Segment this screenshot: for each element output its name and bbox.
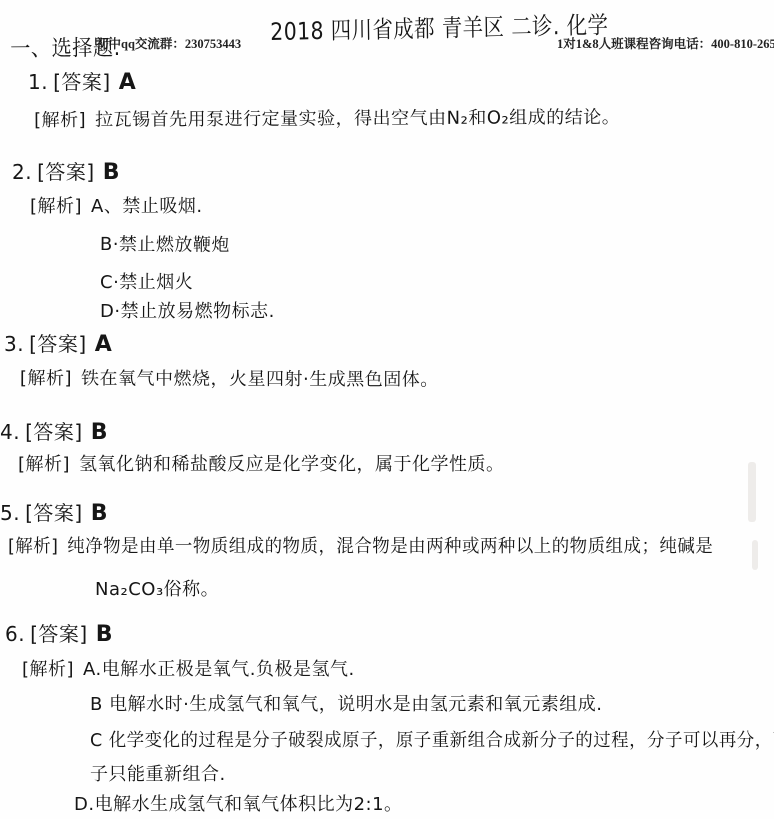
question-1-analysis-line: [解析]拉瓦锡首先用泵进行定量实验，得出空气由N₂和O₂组成的结论。 xyxy=(34,103,620,132)
answer-value: B xyxy=(103,160,120,185)
question-5-answer-line: 5.[答案]B xyxy=(0,497,108,526)
analysis-text: B·禁止燃放鞭炮 xyxy=(100,234,230,256)
analysis-text: 纯净物是由单一物质组成的物质，混合物是由两种或两种以上的物质组成；纯碱是 xyxy=(67,536,713,557)
question-3-analysis-line: [解析]铁在氧气中燃烧，火星四射·生成黑色固体。 xyxy=(20,364,439,391)
question-6-answer-line: 6.[答案]B xyxy=(5,618,113,647)
answer-value: B xyxy=(91,420,108,445)
question-1-answer-line: 1.[答案]A xyxy=(28,66,136,95)
answer-label: [答案] xyxy=(29,332,87,356)
question-6-analysis-line: 子只能重新组合. xyxy=(90,760,226,786)
question-4-answer-line: 4.[答案]B xyxy=(0,416,108,445)
section-heading: 一、选择题. xyxy=(10,31,121,63)
analysis-text: D·禁止放易燃物标志. xyxy=(100,301,275,322)
question-6-analysis-line: C 化学变化的过程是分子破裂成原子，原子重新组合成新分子的过程，分子可以再分，而… xyxy=(90,726,774,752)
answer-label: [答案] xyxy=(53,70,111,94)
answer-value: B xyxy=(96,622,113,647)
question-6-analysis-line: [解析]A.电解水正极是氧气.负极是氢气. xyxy=(22,655,355,681)
question-2-answer-line: 2.[答案]B xyxy=(12,156,120,185)
question-6-analysis-line: D.电解水生成氢气和氧气体积比为2:1。 xyxy=(74,790,403,816)
analysis-text: C 化学变化的过程是分子破裂成原子，原子重新组合成新分子的过程，分子可以再分，而… xyxy=(90,730,774,751)
analysis-text: B 电解水时·生成氢气和氧气，说明水是由氢元素和氧元素组成. xyxy=(90,694,603,715)
analysis-text: 铁在氧气中燃烧，火星四射·生成黑色固体。 xyxy=(81,368,439,390)
answer-value: A xyxy=(95,332,113,357)
answer-value: B xyxy=(91,501,108,526)
question-number: 1. xyxy=(28,70,48,94)
analysis-label: [解析] xyxy=(18,454,70,475)
scan-artifact xyxy=(748,462,756,522)
analysis-label: [解析] xyxy=(8,536,58,557)
question-2-analysis-line: B·禁止燃放鞭炮 xyxy=(100,230,230,257)
analysis-text: 拉瓦锡首先用泵进行定量实验，得出空气由N₂和O₂组成的结论。 xyxy=(95,107,620,131)
analysis-text: 子只能重新组合. xyxy=(90,764,226,785)
analysis-text: Na₂CO₃俗称。 xyxy=(95,579,219,600)
analysis-text: A、禁止吸烟. xyxy=(91,196,203,217)
question-number: 5. xyxy=(0,501,20,525)
answer-label: [答案] xyxy=(25,501,83,525)
question-2-analysis-line: [解析]A、禁止吸烟. xyxy=(30,192,203,218)
answer-value: A xyxy=(119,70,137,95)
question-2-analysis-line: D·禁止放易燃物标志. xyxy=(100,297,275,323)
question-5-analysis-line: [解析]纯净物是由单一物质组成的物质，混合物是由两种或两种以上的物质组成；纯碱是 xyxy=(8,532,713,558)
question-3-answer-line: 3.[答案]A xyxy=(4,328,112,357)
question-5-analysis-line: Na₂CO₃俗称。 xyxy=(95,575,219,601)
question-6-analysis-line: B 电解水时·生成氢气和氧气，说明水是由氢元素和氧元素组成. xyxy=(90,690,603,716)
phone-notice: 1对1&8人班课程咨询电话：400-810-2656 xyxy=(557,34,774,52)
analysis-label: [解析] xyxy=(20,368,72,389)
analysis-label: [解析] xyxy=(22,659,74,680)
question-number: 4. xyxy=(0,420,20,444)
question-number: 2. xyxy=(12,160,32,184)
analysis-label: [解析] xyxy=(30,196,82,217)
answer-label: [答案] xyxy=(25,420,83,444)
question-4-analysis-line: [解析]氢氧化钠和稀盐酸反应是化学变化，属于化学性质。 xyxy=(18,450,505,476)
answer-label: [答案] xyxy=(30,622,88,646)
analysis-text: 氢氧化钠和稀盐酸反应是化学变化，属于化学性质。 xyxy=(79,454,505,475)
answer-label: [答案] xyxy=(37,160,95,184)
analysis-text: C·禁止烟火 xyxy=(100,272,193,293)
analysis-text: D.电解水生成氢气和氧气体积比为2:1。 xyxy=(74,794,403,815)
scanned-answer-sheet: 2018 四川省成都 青羊区 二诊. 化学 初中qq交流群：230753443 … xyxy=(0,0,774,819)
question-number: 3. xyxy=(4,332,24,356)
question-number: 6. xyxy=(5,622,25,646)
analysis-text: A.电解水正极是氧气.负极是氢气. xyxy=(83,659,355,680)
analysis-label: [解析] xyxy=(34,110,86,131)
question-2-analysis-line: C·禁止烟火 xyxy=(100,268,193,294)
scan-artifact xyxy=(752,540,758,570)
